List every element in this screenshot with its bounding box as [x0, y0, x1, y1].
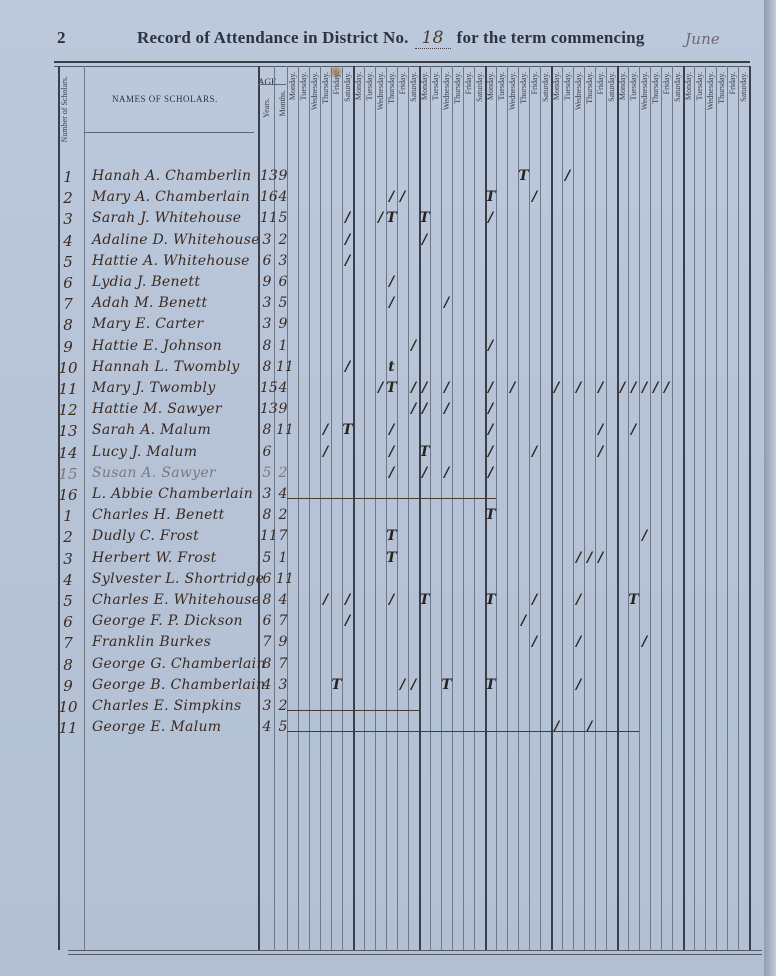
scholar-number: 9 — [58, 677, 78, 695]
attendance-mark: / — [628, 422, 639, 438]
attendance-mark: / — [573, 592, 584, 608]
scholar-name: George B. Chamberlain — [92, 677, 265, 693]
attendance-mark: / — [595, 380, 606, 396]
day-header: Saturday. — [475, 72, 484, 102]
scholar-row: 8George G. Chamberlain87 — [0, 656, 776, 677]
attendance-mark: T — [386, 550, 397, 566]
day-header: Saturday. — [673, 72, 682, 102]
attendance-mark: / — [386, 465, 397, 481]
attendance-mark: / — [397, 677, 408, 693]
age-months: 2 — [276, 698, 290, 714]
attendance-mark: T — [419, 444, 430, 460]
scholar-number: 8 — [58, 316, 78, 334]
day-header: Tuesday. — [563, 72, 572, 100]
page-edge — [764, 0, 776, 976]
scholar-name: Susan A. Sawyer — [92, 465, 216, 481]
attendance-mark: / — [562, 168, 573, 184]
age-months: 3 — [276, 677, 290, 693]
attendance-mark: T — [419, 210, 430, 226]
attendance-mark: / — [320, 444, 331, 460]
months-header: Months. — [278, 90, 287, 116]
attendance-mark: / — [485, 422, 496, 438]
scholar-name: Adah M. Benett — [92, 295, 207, 311]
scholar-name: Charles E. Simpkins — [92, 698, 241, 714]
attendance-mark: / — [628, 380, 639, 396]
day-header: Saturday. — [343, 72, 352, 102]
age-years: 3 — [260, 698, 274, 714]
scholar-row: 5Hattie A. Whitehouse63 — [0, 253, 776, 274]
attendance-mark: / — [661, 380, 672, 396]
attendance-mark: / — [419, 465, 430, 481]
age-years: 13 — [260, 401, 274, 417]
day-header: Tuesday. — [629, 72, 638, 100]
attendance-mark: T — [518, 168, 529, 184]
scholar-number: 5 — [58, 253, 78, 271]
scholar-number: 12 — [58, 401, 78, 419]
age-years: 5 — [260, 465, 274, 481]
day-header: Friday. — [530, 72, 539, 94]
day-header: Saturday. — [409, 72, 418, 102]
age-months: 9 — [276, 634, 290, 650]
attendance-mark: / — [320, 592, 331, 608]
attendance-mark: T — [441, 677, 452, 693]
scholar-name: Dudly C. Frost — [92, 528, 199, 544]
header-rule-names — [84, 132, 254, 133]
attendance-mark: / — [584, 719, 595, 735]
age-years: 8 — [260, 422, 274, 438]
withdrawal-line — [287, 731, 639, 732]
bottom-rule — [68, 950, 762, 955]
scholar-row: 8Mary E. Carter39 — [0, 316, 776, 337]
scholar-name: Sarah J. Whitehouse — [92, 210, 241, 226]
age-months: 5 — [276, 210, 290, 226]
day-header: Monday. — [420, 72, 429, 100]
scholar-row: 10Charles E. Simpkins32 — [0, 698, 776, 719]
attendance-mark: / — [584, 550, 595, 566]
attendance-mark: / — [386, 274, 397, 290]
scholar-row: 9Hattie E. Johnson81 — [0, 338, 776, 359]
scholar-name: Hanah A. Chamberlin — [92, 168, 251, 184]
scholar-number: 9 — [58, 338, 78, 356]
day-header: Wednesday. — [706, 72, 715, 110]
attendance-mark: / — [419, 401, 430, 417]
age-years: 9 — [260, 274, 274, 290]
attendance-mark: / — [639, 634, 650, 650]
attendance-mark: T — [419, 592, 430, 608]
age-months: 7 — [276, 656, 290, 672]
day-header: Friday. — [332, 72, 341, 94]
day-header: Friday. — [398, 72, 407, 94]
attendance-mark: / — [551, 719, 562, 735]
page-header: 2 Record of Attendance in District No.18… — [0, 24, 760, 54]
attendance-mark: / — [485, 210, 496, 226]
age-years: 6 — [260, 571, 274, 587]
scholar-number: 7 — [58, 634, 78, 652]
attendance-mark: / — [386, 295, 397, 311]
day-header: Thursday. — [585, 72, 594, 104]
age-years: 8 — [260, 338, 274, 354]
age-months: 9 — [276, 401, 290, 417]
scholar-number: 4 — [58, 571, 78, 589]
attendance-mark: T — [386, 210, 397, 226]
scholar-name: Mary J. Twombly — [92, 380, 216, 396]
scholar-name: Herbert W. Frost — [92, 550, 217, 566]
day-header: Tuesday. — [695, 72, 704, 100]
attendance-mark: / — [617, 380, 628, 396]
ledger-page: 2 Record of Attendance in District No.18… — [0, 0, 764, 976]
scholar-name: George F. P. Dickson — [92, 613, 243, 629]
scholar-name: Sylvester L. Shortridge — [92, 571, 264, 587]
scholar-row: 1Charles H. Benett82 — [0, 507, 776, 528]
withdrawal-line — [287, 710, 419, 711]
age-months: 6 — [276, 274, 290, 290]
attendance-mark: T — [386, 528, 397, 544]
attendance-mark: / — [650, 380, 661, 396]
scholar-number: 16 — [58, 486, 78, 504]
scholar-number: 3 — [58, 550, 78, 568]
scholar-name: Adaline D. Whitehouse — [92, 232, 260, 248]
attendance-mark: / — [375, 210, 386, 226]
scholar-name: Charles E. Whitehouse — [92, 592, 260, 608]
attendance-mark: T — [386, 380, 397, 396]
age-months: 3 — [276, 253, 290, 269]
scholar-number: 15 — [58, 465, 78, 483]
attendance-mark: / — [419, 380, 430, 396]
attendance-mark: T — [342, 422, 353, 438]
attendance-mark: / — [342, 210, 353, 226]
attendance-mark: / — [573, 677, 584, 693]
scholar-name: Hannah L. Twombly — [92, 359, 240, 375]
age-years: 8 — [260, 656, 274, 672]
age-years: 3 — [260, 232, 274, 248]
age-months: 9 — [276, 316, 290, 332]
attendance-mark: / — [529, 634, 540, 650]
attendance-mark: / — [529, 444, 540, 460]
attendance-mark: / — [342, 253, 353, 269]
attendance-mark: t — [386, 359, 397, 375]
attendance-mark: / — [529, 189, 540, 205]
attendance-mark: / — [529, 592, 540, 608]
age-years: 4 — [260, 719, 274, 735]
age-years: 6 — [260, 444, 274, 460]
scholar-number: 3 — [58, 210, 78, 228]
day-header: Thursday. — [651, 72, 660, 104]
age-years: 7 — [260, 634, 274, 650]
scholar-row: 4Adaline D. Whitehouse32 — [0, 232, 776, 253]
age-months: 4 — [276, 189, 290, 205]
age-months: 4 — [276, 380, 290, 396]
attendance-mark: / — [386, 444, 397, 460]
day-header: Saturday. — [541, 72, 550, 102]
day-header: Monday. — [618, 72, 627, 100]
day-header: Monday. — [486, 72, 495, 100]
day-header: Wednesday. — [376, 72, 385, 110]
scholar-number: 14 — [58, 444, 78, 462]
page-title: Record of Attendance in District No.18fo… — [137, 28, 645, 49]
day-header: Friday. — [662, 72, 671, 94]
age-months: 7 — [276, 613, 290, 629]
age-months: 5 — [276, 719, 290, 735]
day-header: Thursday. — [321, 72, 330, 104]
scholar-row: 11George E. Malum45 — [0, 719, 776, 740]
attendance-mark: / — [342, 232, 353, 248]
attendance-mark: / — [441, 401, 452, 417]
attendance-mark: / — [551, 380, 562, 396]
attendance-mark: / — [639, 380, 650, 396]
day-header: Saturday. — [607, 72, 616, 102]
day-header: Wednesday. — [442, 72, 451, 110]
attendance-mark: / — [485, 338, 496, 354]
attendance-mark: T — [485, 592, 496, 608]
scholar-name: Mary A. Chamberlain — [92, 189, 250, 205]
scholar-row: 16L. Abbie Chamberlain34 — [0, 486, 776, 507]
age-years: 5 — [260, 550, 274, 566]
scholar-name: George E. Malum — [92, 719, 221, 735]
age-years: 15 — [260, 380, 274, 396]
scholar-number: 11 — [58, 380, 78, 398]
age-months: 2 — [276, 232, 290, 248]
day-header: Saturday. — [739, 72, 748, 102]
attendance-mark: T — [485, 189, 496, 205]
scholar-row: 9George B. Chamberlain43 — [0, 677, 776, 698]
attendance-mark: / — [408, 380, 419, 396]
attendance-mark: / — [595, 444, 606, 460]
attendance-mark: / — [573, 550, 584, 566]
scholar-name: Mary E. Carter — [92, 316, 203, 332]
scholar-row: 6George F. P. Dickson67 — [0, 613, 776, 634]
attendance-mark: / — [397, 189, 408, 205]
scholar-number: 10 — [58, 359, 78, 377]
attendance-mark: / — [408, 401, 419, 417]
age-months: 4 — [276, 592, 290, 608]
scholar-number: 6 — [58, 274, 78, 292]
names-header: NAMES OF SCHOLARS. — [112, 94, 218, 104]
attendance-mark: / — [485, 444, 496, 460]
attendance-mark: / — [441, 465, 452, 481]
attendance-mark: / — [386, 189, 397, 205]
scholar-row: 1Hanah A. Chamberlin139 — [0, 168, 776, 189]
scholar-name: Hattie E. Johnson — [92, 338, 222, 354]
attendance-mark: / — [342, 592, 353, 608]
age-years: 6 — [260, 253, 274, 269]
scholar-name: Lydia J. Benett — [92, 274, 200, 290]
page-number: 2 — [57, 28, 66, 48]
day-header: Tuesday. — [365, 72, 374, 100]
age-years: 8 — [260, 359, 274, 375]
age-years: 4 — [260, 677, 274, 693]
age-years: 11 — [260, 210, 274, 226]
day-header: Wednesday. — [640, 72, 649, 110]
scholar-name: Charles H. Benett — [92, 507, 225, 523]
attendance-mark: / — [441, 295, 452, 311]
age-months: 2 — [276, 507, 290, 523]
number-of-scholars-header: Number of Scholars. — [60, 76, 69, 142]
day-header: Thursday. — [387, 72, 396, 104]
age-months: 11 — [276, 422, 290, 438]
age-months: 2 — [276, 465, 290, 481]
scholar-name: L. Abbie Chamberlain — [92, 486, 253, 502]
day-header: Monday. — [354, 72, 363, 100]
day-header: Friday. — [464, 72, 473, 94]
age-years: 13 — [260, 168, 274, 184]
day-header: Wednesday. — [310, 72, 319, 110]
attendance-mark: / — [419, 232, 430, 248]
scholar-number: 4 — [58, 232, 78, 250]
age-years: 3 — [260, 316, 274, 332]
scholar-number: 10 — [58, 698, 78, 716]
scholar-name: Franklin Burkes — [92, 634, 211, 650]
day-header: Friday. — [728, 72, 737, 94]
scholar-name: Sarah A. Malum — [92, 422, 211, 438]
scholar-number: 7 — [58, 295, 78, 313]
age-months: 9 — [276, 168, 290, 184]
day-header: Wednesday. — [508, 72, 517, 110]
attendance-mark: T — [485, 507, 496, 523]
attendance-mark: T — [485, 677, 496, 693]
age-months: 5 — [276, 295, 290, 311]
district-number: 18 — [415, 28, 451, 49]
attendance-mark: / — [408, 338, 419, 354]
age-months: 1 — [276, 338, 290, 354]
scholar-name: Hattie A. Whitehouse — [92, 253, 250, 269]
attendance-mark: / — [320, 422, 331, 438]
title-suffix: for the term commencing — [457, 28, 645, 47]
scholar-name: Hattie M. Sawyer — [92, 401, 222, 417]
age-years: 8 — [260, 507, 274, 523]
scholar-number: 1 — [58, 168, 78, 186]
age-years: 3 — [260, 295, 274, 311]
age-months: 1 — [276, 550, 290, 566]
attendance-mark: / — [342, 359, 353, 375]
attendance-mark: / — [573, 634, 584, 650]
scholar-row: 4Sylvester L. Shortridge611 — [0, 571, 776, 592]
withdrawal-line — [287, 498, 496, 499]
day-header: Monday. — [552, 72, 561, 100]
attendance-grid: Number of Scholars. NAMES OF SCHOLARS. A… — [0, 66, 776, 950]
attendance-mark: / — [375, 380, 386, 396]
term-month: June — [685, 30, 720, 48]
scholar-number: 13 — [58, 422, 78, 440]
attendance-mark: / — [408, 677, 419, 693]
age-years: 16 — [260, 189, 274, 205]
scholar-number: 2 — [58, 189, 78, 207]
day-header: Wednesday. — [574, 72, 583, 110]
scholar-number: 1 — [58, 507, 78, 525]
scholar-name: Lucy J. Malum — [92, 444, 197, 460]
scholar-row: 7Franklin Burkes79 — [0, 634, 776, 655]
attendance-mark: / — [342, 613, 353, 629]
age-months: 7 — [276, 528, 290, 544]
attendance-mark: / — [485, 380, 496, 396]
attendance-mark: / — [441, 380, 452, 396]
attendance-mark: / — [485, 401, 496, 417]
day-header: Tuesday. — [299, 72, 308, 100]
day-header: Thursday. — [519, 72, 528, 104]
age-years: 11 — [260, 528, 274, 544]
scholar-number: 8 — [58, 656, 78, 674]
years-header: Years. — [262, 98, 271, 118]
day-header: Tuesday. — [497, 72, 506, 100]
attendance-mark: / — [386, 592, 397, 608]
attendance-mark: / — [386, 422, 397, 438]
age-months: 4 — [276, 486, 290, 502]
scholar-number: 5 — [58, 592, 78, 610]
attendance-mark: / — [573, 380, 584, 396]
age-months: 11 — [276, 359, 290, 375]
day-header: Monday. — [684, 72, 693, 100]
attendance-mark: / — [518, 613, 529, 629]
header-rule-age — [258, 84, 286, 85]
attendance-mark: / — [595, 550, 606, 566]
attendance-mark: / — [507, 380, 518, 396]
scholar-number: 2 — [58, 528, 78, 546]
attendance-mark: T — [628, 592, 639, 608]
day-header: Monday. — [288, 72, 297, 100]
age-years: 3 — [260, 486, 274, 502]
day-header: Thursday. — [453, 72, 462, 104]
attendance-mark: / — [639, 528, 650, 544]
day-header: Tuesday. — [431, 72, 440, 100]
scholar-name: George G. Chamberlain — [92, 656, 266, 672]
age-months: 11 — [276, 571, 290, 587]
scholar-row: 12Hattie M. Sawyer139 — [0, 401, 776, 422]
age-years: 6 — [260, 613, 274, 629]
attendance-mark: / — [485, 465, 496, 481]
scholar-number: 6 — [58, 613, 78, 631]
day-header: Friday. — [596, 72, 605, 94]
attendance-mark: T — [331, 677, 342, 693]
day-header: Thursday. — [717, 72, 726, 104]
title-prefix: Record of Attendance in District No. — [137, 28, 409, 47]
age-years: 8 — [260, 592, 274, 608]
attendance-mark: / — [595, 422, 606, 438]
scholar-number: 11 — [58, 719, 78, 737]
